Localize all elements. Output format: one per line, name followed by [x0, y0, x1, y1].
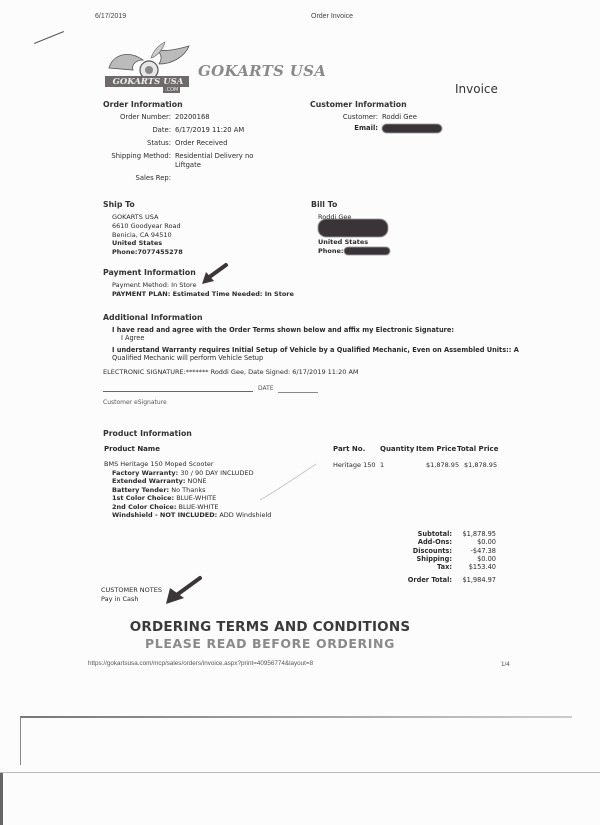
customer-row: Customer:Roddi Gee [310, 113, 510, 122]
payment-heading: Payment Information [103, 268, 403, 277]
label: Status: [103, 139, 175, 148]
shipping-method: Residential Delivery no Liftgate [175, 152, 255, 170]
ship-to: Ship To GOKARTS USA 6610 Goodyear Road B… [103, 200, 183, 257]
bill-to-address: Roddi Gee United States Phone: [311, 213, 390, 255]
label: Discounts: [400, 547, 456, 555]
label: Shipping Method: [103, 152, 175, 170]
customer-esignature-label: Customer eSignature [103, 399, 167, 406]
option-row: Factory Warranty: 30 / 90 DAY INCLUDED [112, 469, 271, 477]
ship-to-heading: Ship To [103, 200, 183, 209]
product-table-header: Part No. Quantity Item Price Total Price [333, 445, 503, 455]
label: Order Total: [400, 576, 456, 584]
footer-url: https://gokartsusa.com/mcp/sales/orders/… [88, 660, 313, 667]
product-row: Heritage 150 1 $1,878.95 $1,878.95 [333, 461, 503, 471]
order-number: 20200168 [175, 113, 295, 122]
scan-page-edge [20, 717, 21, 765]
col-product-name: Product Name [104, 445, 160, 453]
addons-row: Add-Ons:$0.00 [400, 538, 500, 546]
part-no: Heritage 150 [333, 461, 376, 469]
option-row: Extended Warranty: NONE [112, 477, 271, 485]
tax: $153.40 [456, 563, 496, 571]
bill-to-country: United States [318, 238, 390, 247]
label: Order Number: [103, 113, 175, 122]
option-label: 2nd Color Choice: [112, 503, 176, 511]
date-line [278, 392, 318, 393]
phone-redacted [344, 247, 390, 255]
label: Sales Rep: [103, 174, 175, 183]
handwritten-arrow-icon [198, 262, 230, 288]
scan-page-edge [0, 773, 3, 825]
label: Customer: [310, 113, 382, 122]
brand-name: GOKARTS USA [198, 62, 326, 80]
option-row: 1st Color Choice: BLUE-WHITE [112, 494, 271, 502]
option-row: Battery Tender: No Thanks [112, 486, 271, 494]
date-label: DATE [258, 385, 274, 392]
order-totals: Subtotal:$1,878.95 Add-Ons:$0.00 Discoun… [400, 530, 500, 585]
shipping: $0.00 [456, 555, 496, 563]
addons: $0.00 [456, 538, 496, 546]
option-value: NONE [188, 477, 207, 485]
order-status: Order Received [175, 139, 295, 148]
bill-to-heading: Bill To [311, 200, 390, 209]
payment-plan: PAYMENT PLAN: Estimated Time Needed: In … [112, 290, 403, 299]
option-value: BLUE-WHITE [176, 494, 216, 502]
pen-stroke [258, 462, 318, 502]
option-label: Extended Warranty: [112, 477, 185, 485]
order-date-row: Date:6/17/2019 11:20 AM [103, 126, 303, 135]
address-redacted [318, 219, 388, 237]
pen-mark [34, 31, 64, 44]
label: Shipping: [400, 555, 456, 563]
scan-page-edge [0, 772, 600, 773]
signature-line [103, 391, 253, 392]
customer-name: Roddi Gee [382, 113, 502, 122]
col-total-price: Total Price [457, 445, 498, 453]
total-price: $1,878.95 [464, 461, 497, 469]
warranty-statement: I understand Warranty requires Initial S… [112, 346, 523, 354]
option-label: 1st Color Choice: [112, 494, 174, 502]
phone-label: Phone: [318, 247, 344, 256]
option-label: Battery Tender: [112, 486, 169, 494]
sales-rep-row: Sales Rep: [103, 174, 303, 183]
order-info-heading: Order Information [103, 100, 303, 109]
invoice-title: Invoice [455, 82, 498, 96]
terms-title: ORDERING TERMS AND CONDITIONS [0, 619, 540, 635]
order-number-row: Order Number:20200168 [103, 113, 303, 122]
email-redacted [382, 124, 502, 136]
terms-answer: I Agree [112, 334, 523, 342]
option-value: BLUE-WHITE [179, 503, 219, 511]
product-options: Factory Warranty: 30 / 90 DAY INCLUDED E… [112, 469, 271, 519]
brand-logo: GOKARTS USA .COM [103, 40, 195, 95]
option-value: 30 / 90 DAY INCLUDED [180, 469, 253, 477]
product-info-heading: Product Information [103, 429, 192, 438]
address-line: GOKARTS USA [112, 213, 183, 222]
discounts: -$47.38 [456, 547, 496, 555]
order-date: 6/17/2019 11:20 AM [175, 126, 295, 135]
additional-information: Additional Information I have read and a… [103, 313, 523, 362]
order-total-row: Order Total:$1,984.97 [400, 576, 500, 584]
address-phone: Phone:7077455278 [112, 248, 183, 257]
address-line: Benicia, CA 94510 [112, 231, 183, 240]
discounts-row: Discounts:-$47.38 [400, 547, 500, 555]
print-date: 6/17/2019 [95, 13, 126, 20]
option-row: Windshield - NOT INCLUDED: ADD Windshiel… [112, 511, 271, 519]
address-line: 6610 Goodyear Road [112, 222, 183, 231]
option-label: Windshield - NOT INCLUDED: [112, 511, 217, 519]
payment-method: Payment Method: In Store [112, 281, 403, 290]
terms-statement: I have read and agree with the Order Ter… [112, 326, 523, 334]
customer-notes: CUSTOMER NOTES Pay in Cash [101, 586, 162, 603]
label: Subtotal: [400, 530, 456, 538]
order-total: $1,984.97 [456, 576, 496, 584]
payment-information: Payment Information Payment Method: In S… [103, 268, 403, 298]
logo-text: GOKARTS USA [107, 77, 189, 87]
tax-row: Tax:$153.40 [400, 563, 500, 571]
terms-subtitle: PLEASE READ BEFORE ORDERING [0, 636, 540, 651]
col-item-price: Item Price [416, 445, 456, 453]
order-status-row: Status:Order Received [103, 139, 303, 148]
email-row: Email: [310, 124, 510, 136]
quantity: 1 [380, 461, 384, 469]
option-label: Factory Warranty: [112, 469, 178, 477]
subtotal: $1,878.95 [456, 530, 496, 538]
notes-heading: CUSTOMER NOTES [101, 586, 162, 595]
bill-to: Bill To Roddi Gee United States Phone: [311, 200, 390, 255]
print-title: Order Invoice [311, 13, 353, 20]
page-number: 1/4 [501, 661, 510, 668]
customer-info-heading: Customer Information [310, 100, 510, 109]
shipping-row: Shipping:$0.00 [400, 555, 500, 563]
logo-sub: .COM [163, 87, 180, 93]
label: Add-Ons: [400, 538, 456, 546]
ship-to-address: GOKARTS USA 6610 Goodyear Road Benicia, … [103, 213, 183, 257]
order-information: Order Information Order Number:20200168 … [103, 100, 303, 187]
customer-information: Customer Information Customer:Roddi Gee … [310, 100, 510, 140]
col-part-no: Part No. [333, 445, 365, 453]
notes-text: Pay in Cash [101, 595, 162, 604]
col-quantity: Quantity [380, 445, 414, 453]
label: Tax: [400, 563, 456, 571]
label: Date: [103, 126, 175, 135]
option-value: ADD Windshield [219, 511, 271, 519]
label: Email: [310, 124, 382, 136]
item-price: $1,878.95 [426, 461, 459, 469]
product-name: BMS Heritage 150 Moped Scooter [104, 460, 214, 468]
address-country: United States [112, 239, 183, 248]
additional-heading: Additional Information [103, 313, 523, 322]
subtotal-row: Subtotal:$1,878.95 [400, 530, 500, 538]
warranty-answer: Qualified Mechanic will perform Vehicle … [112, 354, 523, 362]
option-row: 2nd Color Choice: BLUE-WHITE [112, 503, 271, 511]
sales-rep [175, 174, 295, 183]
electronic-signature: ELECTRONIC SIGNATURE:******* Roddi Gee, … [103, 368, 359, 376]
scan-page-edge [20, 716, 572, 718]
handwritten-arrow-icon [160, 574, 204, 608]
option-value: No Thanks [171, 486, 205, 494]
shipping-method-row: Shipping Method:Residential Delivery no … [103, 152, 303, 170]
